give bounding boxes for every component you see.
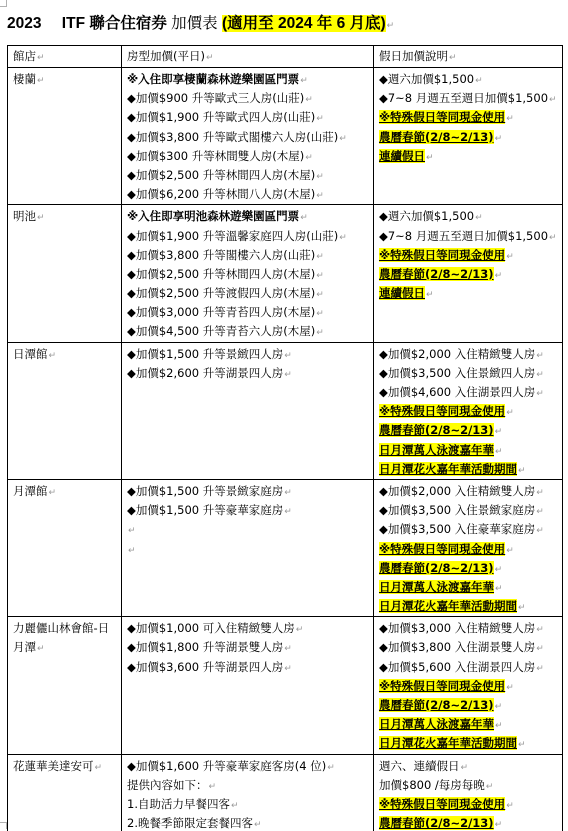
paragraph-mark-icon: ↵ [284, 351, 292, 361]
upgrade-line: ◆加價$1,500 升等景緻家庭房↵ [127, 482, 370, 501]
page-corner-mark [0, 822, 7, 829]
paragraph-mark-icon: ↵ [284, 644, 292, 654]
table-row: 明池↵※入住即享明池森林遊樂園區門票↵◆加價$1,900 升等溫馨家庭四人房(山… [8, 205, 563, 342]
holiday-line: ※特殊假日等同現金使用↵ [379, 108, 559, 127]
line-text: ◆加價$3,800 入住湖景雙人房 [379, 640, 535, 654]
title-sub: 加價表 [171, 15, 218, 32]
hotel-cell: 日潭館↵ [8, 342, 122, 479]
paragraph-mark-icon: ↵ [37, 644, 45, 654]
holiday-line: ◆加價$3,800 入住湖景雙人房↵ [379, 638, 559, 657]
upgrade-line: ◆加價$900 升等歐式三人房(山莊)↵ [127, 89, 370, 108]
holiday-line: ◆加價$2,000 入住精緻雙人房↵ [379, 482, 559, 501]
header-weekday-upgrade: 房型加價(平日)↵ [122, 46, 374, 68]
line-text: 日月潭萬人泳渡嘉年華 [379, 580, 494, 594]
paragraph-mark-icon: ↵ [536, 351, 544, 361]
paragraph-mark-icon: ↵ [300, 76, 308, 86]
line-text: ◆加價$1,900 升等溫馨家庭四人房(山莊) [127, 229, 338, 243]
table-header-row: 館店↵ 房型加價(平日)↵ 假日加價說明↵ [8, 46, 563, 68]
line-text: ※特殊假日等同現金使用 [379, 542, 505, 556]
line-text: ※特殊假日等同現金使用 [379, 248, 505, 262]
upgrade-line: ◆加價$3,600 升等湖景四人房↵ [127, 658, 370, 677]
line-text: ◆加價$2,500 升等渡假四人房(木屋) [127, 286, 315, 300]
holiday-line: ◆加價$3,500 入住景緻家庭房↵ [379, 501, 559, 520]
paragraph-mark-icon: ↵ [495, 134, 503, 144]
line-text: ◆加價$300 升等林間雙人房(木屋) [127, 149, 304, 163]
line-text: 日月潭萬人泳渡嘉年華 [379, 717, 494, 731]
hotel-cell: 月潭館↵ [8, 479, 122, 616]
paragraph-mark-icon: ↵ [475, 213, 483, 223]
upgrade-line: ↵ [127, 540, 370, 559]
line-text: ◆加價$2,600 升等湖景四人房 [127, 366, 283, 380]
paragraph-mark-icon: ↵ [549, 233, 557, 243]
line-text: ◆週六加價$1,500 [379, 209, 474, 223]
paragraph-mark-icon: ↵ [495, 427, 503, 437]
holiday-line: ※特殊假日等同現金使用↵ [379, 540, 559, 559]
paragraph-mark-icon: ↵ [506, 114, 514, 124]
upgrade-line: ◆加價$2,500 升等渡假四人房(木屋)↵ [127, 284, 370, 303]
paragraph-mark-icon: ↵ [426, 153, 434, 163]
upgrade-line: ◆加價$3,800 升等歐式閣樓六人房(山莊)↵ [127, 128, 370, 147]
holiday-line: 日月潭萬人泳渡嘉年華↵ [379, 441, 559, 460]
paragraph-mark-icon: ↵ [305, 95, 313, 105]
paragraph-mark-icon: ↵ [536, 625, 544, 635]
paragraph-mark-icon: ↵ [536, 488, 544, 498]
line-text: ◆加價$1,500 升等豪華家庭房 [127, 503, 283, 517]
paragraph-mark-icon: ↵ [387, 20, 395, 30]
holiday-line: ◆加價$3,500 入住豪華家庭房↵ [379, 520, 559, 539]
holiday-line: ※特殊假日等同現金使用↵ [379, 677, 559, 696]
line-text: 日月潭花火嘉年華活動期間 [379, 462, 517, 476]
upgrade-line: ◆加價$2,500 升等林間四人房(木屋)↵ [127, 166, 370, 185]
holiday-line: ◆加價$5,600 入住湖景四人房↵ [379, 658, 559, 677]
line-text: ※特殊假日等同現金使用 [379, 404, 505, 418]
paragraph-mark-icon: ↵ [316, 172, 324, 182]
line-text: ◆加價$3,000 入住精緻雙人房 [379, 621, 535, 635]
line-text: 2.晚餐季節限定套餐四客 [127, 816, 253, 830]
paragraph-mark-icon: ↵ [316, 252, 324, 262]
weekday-upgrade-cell: ◆加價$1,500 升等景緻家庭房↵◆加價$1,500 升等豪華家庭房↵↵↵ [122, 479, 374, 616]
paragraph-mark-icon: ↵ [495, 565, 503, 575]
paragraph-mark-icon: ↵ [426, 290, 434, 300]
holiday-line: 連續假日↵ [379, 147, 559, 166]
weekday-upgrade-cell: ※入住即享棲蘭森林遊樂園區門票↵◆加價$900 升等歐式三人房(山莊)↵◆加價$… [122, 68, 374, 205]
paragraph-mark-icon: ↵ [37, 76, 45, 86]
hotel-cell: 明池↵ [8, 205, 122, 342]
upgrade-line: 1.自助活力早餐四客↵ [127, 795, 370, 814]
upgrade-line: ◆加價$1,000 可入住精緻雙人房↵ [127, 619, 370, 638]
upgrade-line: ↵ [127, 520, 370, 539]
line-text: 農曆春節(2/8~2/13) [379, 816, 494, 830]
line-text: ◆加價$1,600 升等豪華家庭客房(4 位) [127, 759, 326, 773]
paragraph-mark-icon: ↵ [37, 213, 45, 223]
line-text: ◆加價$1,500 升等景緻家庭房 [127, 484, 283, 498]
hotel-cell: 力麗儷山林會館-日月潭↵ [8, 617, 122, 754]
holiday-line: ※特殊假日等同現金使用↵ [379, 795, 559, 814]
line-text: ◆加價$5,600 入住湖景四人房 [379, 660, 535, 674]
line-text: ◆加價$6,200 升等林間八人房(木屋) [127, 187, 315, 201]
line-text: ※入住即享明池森林遊樂園區門票 [127, 209, 299, 223]
line-text: ◆7~8 月週五至週日加價$1,500 [379, 91, 548, 105]
paragraph-mark-icon: ↵ [449, 53, 457, 63]
paragraph-mark-icon: ↵ [461, 763, 469, 773]
holiday-note-cell: ◆週六加價$1,500↵◆7~8 月週五至週日加價$1,500↵※特殊假日等同現… [374, 205, 563, 342]
line-text: ◆加價$2,000 入住精緻雙人房 [379, 347, 535, 361]
holiday-note-cell: ◆加價$2,000 入住精緻雙人房↵◆加價$3,500 入住景緻四人房↵◆加價$… [374, 342, 563, 479]
paragraph-mark-icon: ↵ [316, 309, 324, 319]
document-title: 2023 ITF 聯合住宿券 加價表 (適用至 2024 年 6 月底)↵ [7, 13, 394, 35]
line-text: 週六、連續假日 [379, 759, 460, 773]
upgrade-line: ※入住即享明池森林遊樂園區門票↵ [127, 207, 370, 226]
paragraph-mark-icon: ↵ [339, 233, 347, 243]
paragraph-mark-icon: ↵ [495, 702, 503, 712]
paragraph-mark-icon: ↵ [339, 134, 347, 144]
paragraph-mark-icon: ↵ [316, 328, 324, 338]
line-text: ※特殊假日等同現金使用 [379, 110, 505, 124]
line-text: ◆加價$4,600 入住湖景四人房 [379, 385, 535, 399]
line-text: 連續假日 [379, 149, 425, 163]
title-main: ITF 聯合住宿券 [62, 15, 167, 32]
table-row: 日潭館↵◆加價$1,500 升等景緻四人房↵◆加價$2,600 升等湖景四人房↵… [8, 342, 563, 479]
holiday-line: 日月潭花火嘉年華活動期間↵ [379, 460, 559, 479]
line-text: 農曆春節(2/8~2/13) [379, 698, 494, 712]
paragraph-mark-icon: ↵ [49, 351, 57, 361]
table-row: 花蓮華美達安可↵◆加價$1,600 升等豪華家庭客房(4 位)↵提供內容如下：↵… [8, 754, 563, 831]
paragraph-mark-icon: ↵ [506, 408, 514, 418]
holiday-line: 農曆春節(2/8~2/13)↵ [379, 128, 559, 147]
line-text: ◆加價$3,500 入住景緻四人房 [379, 366, 535, 380]
line-text: ※入住即享棲蘭森林遊樂園區門票 [127, 72, 299, 86]
upgrade-line: ◆加價$3,800 升等閣樓六人房(山莊)↵ [127, 246, 370, 265]
paragraph-mark-icon: ↵ [536, 370, 544, 380]
holiday-line: ◆7~8 月週五至週日加價$1,500↵ [379, 227, 559, 246]
line-text: 農曆春節(2/8~2/13) [379, 423, 494, 437]
paragraph-mark-icon: ↵ [284, 664, 292, 674]
holiday-line: ◆週六加價$1,500↵ [379, 207, 559, 226]
line-text: ◆加價$3,500 入住豪華家庭房 [379, 522, 535, 536]
holiday-line: 農曆春節(2/8~2/13)↵ [379, 559, 559, 578]
paragraph-mark-icon: ↵ [128, 526, 136, 536]
hotel-cell: 花蓮華美達安可↵ [8, 754, 122, 831]
holiday-note-cell: 週六、連續假日↵加價$800 /每房每晚↵※特殊假日等同現金使用↵農曆春節(2/… [374, 754, 563, 831]
paragraph-mark-icon: ↵ [518, 466, 526, 476]
hotel-name: 明池 [13, 209, 36, 223]
paragraph-mark-icon: ↵ [536, 644, 544, 654]
paragraph-mark-icon: ↵ [506, 801, 514, 811]
weekday-upgrade-cell: ◆加價$1,600 升等豪華家庭客房(4 位)↵提供內容如下：↵1.自助活力早餐… [122, 754, 374, 831]
holiday-line: 農曆春節(2/8~2/13)↵ [379, 814, 559, 831]
paragraph-mark-icon: ↵ [300, 213, 308, 223]
upgrade-line: ◆加價$1,500 升等景緻四人房↵ [127, 345, 370, 364]
paragraph-mark-icon: ↵ [475, 76, 483, 86]
line-text: ※特殊假日等同現金使用 [379, 797, 505, 811]
line-text: ◆加價$3,500 入住景緻家庭房 [379, 503, 535, 517]
holiday-note-cell: ◆週六加價$1,500↵◆7~8 月週五至週日加價$1,500↵※特殊假日等同現… [374, 68, 563, 205]
paragraph-mark-icon: ↵ [549, 95, 557, 105]
paragraph-mark-icon: ↵ [316, 114, 324, 124]
line-text: ◆加價$1,000 可入住精緻雙人房 [127, 621, 295, 635]
upgrade-line: ◆加價$3,000 升等青苔四人房(木屋)↵ [127, 303, 370, 322]
line-text: ◆加價$1,500 升等景緻四人房 [127, 347, 283, 361]
holiday-line: ◆加價$2,000 入住精緻雙人房↵ [379, 345, 559, 364]
paragraph-mark-icon: ↵ [536, 664, 544, 674]
weekday-upgrade-cell: ◆加價$1,500 升等景緻四人房↵◆加價$2,600 升等湖景四人房↵ [122, 342, 374, 479]
holiday-line: 連續假日↵ [379, 284, 559, 303]
paragraph-mark-icon: ↵ [495, 447, 503, 457]
line-text: 1.自助活力早餐四客 [127, 797, 230, 811]
paragraph-mark-icon: ↵ [506, 546, 514, 556]
holiday-line: 日月潭花火嘉年華活動期間↵ [379, 734, 559, 753]
paragraph-mark-icon: ↵ [327, 763, 335, 773]
holiday-line: 農曆春節(2/8~2/13)↵ [379, 421, 559, 440]
line-text: 日月潭花火嘉年華活動期間 [379, 736, 517, 750]
upgrade-line: 2.晚餐季節限定套餐四客↵ [127, 814, 370, 831]
paragraph-mark-icon: ↵ [254, 820, 262, 830]
paragraph-mark-icon: ↵ [495, 721, 503, 731]
paragraph-mark-icon: ↵ [518, 603, 526, 613]
paragraph-mark-icon: ↵ [206, 53, 214, 63]
holiday-line: 農曆春節(2/8~2/13)↵ [379, 265, 559, 284]
holiday-line: ◆週六加價$1,500↵ [379, 70, 559, 89]
paragraph-mark-icon: ↵ [316, 290, 324, 300]
upgrade-line: ◆加價$1,500 升等豪華家庭房↵ [127, 501, 370, 520]
paragraph-mark-icon: ↵ [495, 584, 503, 594]
line-text: 提供內容如下： [127, 778, 208, 792]
holiday-line: 週六、連續假日↵ [379, 757, 559, 776]
paragraph-mark-icon: ↵ [506, 252, 514, 262]
paragraph-mark-icon: ↵ [486, 782, 494, 792]
holiday-line: 日月潭萬人泳渡嘉年華↵ [379, 578, 559, 597]
upgrade-line: ◆加價$1,600 升等豪華家庭客房(4 位)↵ [127, 757, 370, 776]
holiday-line: 日月潭萬人泳渡嘉年華↵ [379, 715, 559, 734]
hotel-name: 棲蘭 [13, 72, 36, 86]
line-text: ◆週六加價$1,500 [379, 72, 474, 86]
line-text: ◆加價$2,500 升等林間四人房(木屋) [127, 267, 315, 281]
holiday-line: ◆加價$3,000 入住精緻雙人房↵ [379, 619, 559, 638]
line-text: ◆加價$3,600 升等湖景四人房 [127, 660, 283, 674]
header-hotel: 館店↵ [8, 46, 122, 68]
hotel-name: 花蓮華美達安可 [13, 759, 94, 773]
paragraph-mark-icon: ↵ [284, 488, 292, 498]
line-text: 加價$800 /每房每晚 [379, 778, 485, 792]
line-text: 農曆春節(2/8~2/13) [379, 561, 494, 575]
line-text: ◆加價$900 升等歐式三人房(山莊) [127, 91, 304, 105]
paragraph-mark-icon: ↵ [506, 683, 514, 693]
line-text: ◆7~8 月週五至週日加價$1,500 [379, 229, 548, 243]
line-text: ◆加價$3,800 升等閣樓六人房(山莊) [127, 248, 315, 262]
line-text: ◆加價$4,500 升等青苔六人房(木屋) [127, 324, 315, 338]
table-body: 棲蘭↵※入住即享棲蘭森林遊樂園區門票↵◆加價$900 升等歐式三人房(山莊)↵◆… [8, 68, 563, 831]
paragraph-mark-icon: ↵ [296, 625, 304, 635]
holiday-line: 農曆春節(2/8~2/13)↵ [379, 696, 559, 715]
hotel-cell: 棲蘭↵ [8, 68, 122, 205]
upgrade-line: ※入住即享棲蘭森林遊樂園區門票↵ [127, 70, 370, 89]
line-text: 日月潭萬人泳渡嘉年華 [379, 443, 494, 457]
paragraph-mark-icon: ↵ [209, 782, 217, 792]
line-text: ◆加價$1,800 升等湖景雙人房 [127, 640, 283, 654]
paragraph-mark-icon: ↵ [495, 271, 503, 281]
weekday-upgrade-cell: ◆加價$1,000 可入住精緻雙人房↵◆加價$1,800 升等湖景雙人房↵◆加價… [122, 617, 374, 754]
title-year: 2023 [7, 15, 41, 32]
hotel-name: 日潭館 [13, 347, 48, 361]
upgrade-line: ◆加價$4,500 升等青苔六人房(木屋)↵ [127, 322, 370, 341]
paragraph-mark-icon: ↵ [536, 389, 544, 399]
paragraph-mark-icon: ↵ [305, 153, 313, 163]
title-validity-highlight: (適用至 2024 年 6 月底) [222, 15, 386, 32]
holiday-line: ◆加價$4,600 入住湖景四人房↵ [379, 383, 559, 402]
paragraph-mark-icon: ↵ [284, 507, 292, 517]
line-text: 日月潭花火嘉年華活動期間 [379, 599, 517, 613]
line-text: ◆加價$1,900 升等歐式四人房(山莊) [127, 110, 315, 124]
holiday-line: ※特殊假日等同現金使用↵ [379, 402, 559, 421]
paragraph-mark-icon: ↵ [536, 526, 544, 536]
line-text: 農曆春節(2/8~2/13) [379, 130, 494, 144]
paragraph-mark-icon: ↵ [37, 53, 45, 63]
holiday-line: 加價$800 /每房每晚↵ [379, 776, 559, 795]
line-text: ◆加價$3,800 升等歐式閣樓六人房(山莊) [127, 130, 338, 144]
upgrade-line: ◆加價$1,900 升等歐式四人房(山莊)↵ [127, 108, 370, 127]
line-text: ※特殊假日等同現金使用 [379, 679, 505, 693]
upgrade-line: ◆加價$300 升等林間雙人房(木屋)↵ [127, 147, 370, 166]
line-text: 連續假日 [379, 286, 425, 300]
upgrade-line: ◆加價$2,500 升等林間四人房(木屋)↵ [127, 265, 370, 284]
price-table: 館店↵ 房型加價(平日)↵ 假日加價說明↵ 棲蘭↵※入住即享棲蘭森林遊樂園區門票… [7, 45, 563, 831]
holiday-note-cell: ◆加價$2,000 入住精緻雙人房↵◆加價$3,500 入住景緻家庭房↵◆加價$… [374, 479, 563, 616]
page-corner-mark [0, 0, 7, 7]
holiday-line: ※特殊假日等同現金使用↵ [379, 246, 559, 265]
line-text: ◆加價$2,000 入住精緻雙人房 [379, 484, 535, 498]
paragraph-mark-icon: ↵ [284, 370, 292, 380]
header-holiday-note: 假日加價說明↵ [374, 46, 563, 68]
hotel-name: 力麗儷山林會館-日月潭 [13, 621, 109, 654]
table-row: 棲蘭↵※入住即享棲蘭森林遊樂園區門票↵◆加價$900 升等歐式三人房(山莊)↵◆… [8, 68, 563, 205]
upgrade-line: ◆加價$1,800 升等湖景雙人房↵ [127, 638, 370, 657]
upgrade-line: ◆加價$1,900 升等溫馨家庭四人房(山莊)↵ [127, 227, 370, 246]
upgrade-line: ◆加價$6,200 升等林間八人房(木屋)↵ [127, 185, 370, 204]
paragraph-mark-icon: ↵ [231, 801, 239, 811]
line-text: ◆加價$3,000 升等青苔四人房(木屋) [127, 305, 315, 319]
paragraph-mark-icon: ↵ [495, 820, 503, 830]
holiday-line: ◆加價$3,500 入住景緻四人房↵ [379, 364, 559, 383]
holiday-line: ◆7~8 月週五至週日加價$1,500↵ [379, 89, 559, 108]
paragraph-mark-icon: ↵ [128, 546, 136, 556]
table-row: 月潭館↵◆加價$1,500 升等景緻家庭房↵◆加價$1,500 升等豪華家庭房↵… [8, 479, 563, 616]
line-text: ◆加價$2,500 升等林間四人房(木屋) [127, 168, 315, 182]
hotel-name: 月潭館 [13, 484, 48, 498]
paragraph-mark-icon: ↵ [316, 271, 324, 281]
paragraph-mark-icon: ↵ [49, 488, 57, 498]
line-text: 農曆春節(2/8~2/13) [379, 267, 494, 281]
paragraph-mark-icon: ↵ [536, 507, 544, 517]
table-row: 力麗儷山林會館-日月潭↵◆加價$1,000 可入住精緻雙人房↵◆加價$1,800… [8, 617, 563, 754]
upgrade-line: ◆加價$2,600 升等湖景四人房↵ [127, 364, 370, 383]
paragraph-mark-icon: ↵ [316, 191, 324, 201]
holiday-line: 日月潭花火嘉年華活動期間↵ [379, 597, 559, 616]
holiday-note-cell: ◆加價$3,000 入住精緻雙人房↵◆加價$3,800 入住湖景雙人房↵◆加價$… [374, 617, 563, 754]
paragraph-mark-icon: ↵ [95, 763, 103, 773]
upgrade-line: 提供內容如下：↵ [127, 776, 370, 795]
weekday-upgrade-cell: ※入住即享明池森林遊樂園區門票↵◆加價$1,900 升等溫馨家庭四人房(山莊)↵… [122, 205, 374, 342]
paragraph-mark-icon: ↵ [518, 740, 526, 750]
